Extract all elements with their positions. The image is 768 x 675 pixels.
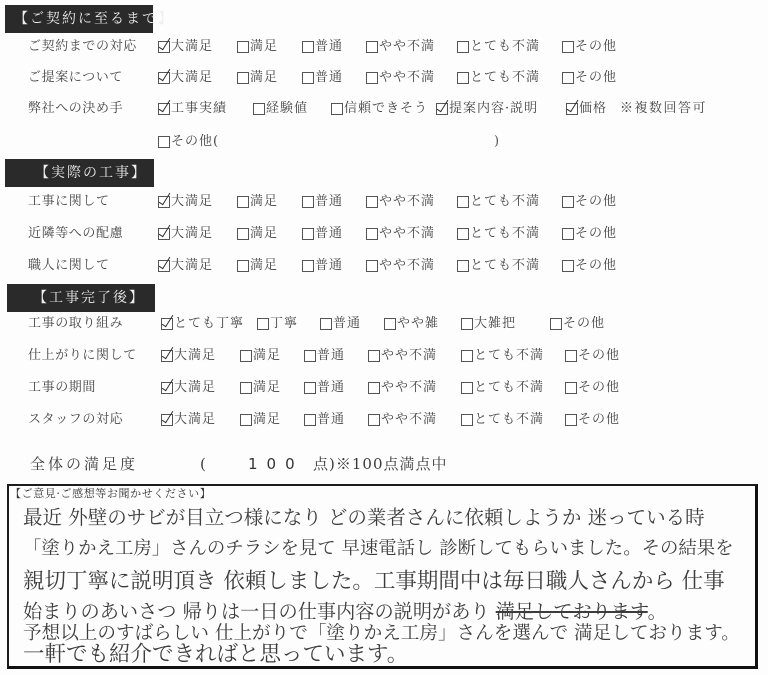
option-label: 経験値 <box>266 101 308 116</box>
checkbox[interactable] <box>461 382 473 394</box>
option-very-dissatisfied[interactable]: とても不満 <box>461 412 544 428</box>
comments-heading: 【ご意見·ご感想等お聞かせください】 <box>10 487 211 500</box>
checkbox[interactable] <box>331 103 343 115</box>
overall-score-suffix: 点)※100点満点中 <box>313 454 447 474</box>
checkbox[interactable] <box>304 414 316 426</box>
option-proposal-explanation[interactable]: 提案内容·説明 <box>436 101 538 117</box>
option-neutral[interactable]: 普通 <box>302 258 343 274</box>
option-label: 満足 <box>250 194 278 209</box>
option-label: 工事実績 <box>171 101 227 116</box>
checkbox[interactable] <box>457 228 469 240</box>
comment-line-4-text: 始まりのあいさつ 帰りは一日の仕事内容の説明があり <box>23 600 496 623</box>
option-label: とても不満 <box>474 348 544 363</box>
option-somewhat-dissatisfied[interactable]: やや不満 <box>366 226 435 242</box>
row-construction-period: 工事の期間 大満足 満足 普通 やや不満 とても不満 その他 <box>0 380 768 396</box>
checkbox[interactable] <box>384 318 396 330</box>
option-label: 大満足 <box>171 226 213 241</box>
option-label: とても丁寧 <box>174 316 244 331</box>
checkbox[interactable] <box>237 196 249 208</box>
option-label: とても不満 <box>474 380 544 395</box>
struck-text: 満足しております <box>496 600 648 623</box>
option-very-satisfied[interactable]: 大満足 <box>158 226 213 242</box>
option-label: 大満足 <box>171 70 213 85</box>
checkbox[interactable] <box>461 350 473 362</box>
checkbox[interactable] <box>562 196 574 208</box>
option-label: とても不満 <box>470 258 540 273</box>
row-label: 工事の取り組み <box>28 316 123 332</box>
option-label: 大満足 <box>174 380 216 395</box>
checkbox[interactable] <box>565 414 577 426</box>
comment-line-4: 始まりのあいさつ 帰りは一日の仕事内容の説明があり 満足しております。 <box>23 600 667 624</box>
option-somewhat-dissatisfied[interactable]: やや不満 <box>368 412 437 428</box>
option-somewhat-dissatisfied[interactable]: やや不満 <box>366 39 435 55</box>
option-very-careful[interactable]: とても丁寧 <box>161 316 244 332</box>
checkbox[interactable] <box>240 382 252 394</box>
section-header-after-completion: 【工事完了後】 <box>7 284 155 312</box>
option-label: やや雑 <box>397 316 439 331</box>
option-label: 提案内容·説明 <box>449 101 538 116</box>
comments-box[interactable]: 【ご意見·ご感想等お聞かせください】 最近 外壁のサビが目立つ様になり どの業者… <box>7 484 758 669</box>
row-neighborhood-consideration: 近隣等への配慮 大満足 満足 普通 やや不満 とても不満 その他 <box>0 226 768 242</box>
row-deciding-factor-other: その他( ) <box>0 134 768 150</box>
option-sloppy[interactable]: 大雑把 <box>461 316 516 332</box>
option-very-satisfied[interactable]: 大満足 <box>161 348 216 364</box>
checkbox[interactable] <box>257 318 269 330</box>
checkbox[interactable] <box>237 228 249 240</box>
option-label: 丁寧 <box>270 316 298 331</box>
overall-label: 全体の満足度 <box>30 454 138 474</box>
option-satisfied[interactable]: 満足 <box>237 226 278 242</box>
section-header-construction: 【実際の工事】 <box>5 159 154 187</box>
option-label: 満足 <box>250 258 278 273</box>
row-craftsmen: 職人に関して 大満足 満足 普通 やや不満 とても不満 その他 <box>0 258 768 274</box>
option-other[interactable]: その他 <box>550 316 605 332</box>
option-other[interactable]: その他 <box>565 412 620 428</box>
checkbox[interactable] <box>366 72 378 84</box>
option-very-dissatisfied[interactable]: とても不満 <box>461 348 544 364</box>
comment-line-2: 「塗りかえ工房」さんのチラシを見て 早速電話し 診断してもらいました。その結果を <box>23 537 734 561</box>
checkbox[interactable] <box>237 72 249 84</box>
comment-line-6: 一軒でも紹介できればと思っています。 <box>23 643 408 667</box>
option-very-satisfied[interactable]: 大満足 <box>158 258 213 274</box>
row-deciding-factor: 弊社への決め手 工事実績 経験値 信頼できそう 提案内容·説明 価格 ※複数回答… <box>0 101 768 117</box>
option-label: 普通 <box>315 226 343 241</box>
option-label: 普通 <box>317 348 345 363</box>
checkbox[interactable] <box>457 196 469 208</box>
checkbox[interactable] <box>565 350 577 362</box>
comment-line-1: 最近 外壁のサビが目立つ様になり どの業者さんに依頼しようか 迷っている時 <box>23 506 705 530</box>
option-label: 満足 <box>250 70 278 85</box>
option-price[interactable]: 価格 <box>566 101 607 117</box>
option-satisfied[interactable]: 満足 <box>237 39 278 55</box>
checkbox[interactable] <box>565 382 577 394</box>
option-satisfied[interactable]: 満足 <box>237 258 278 274</box>
option-other[interactable]: その他( <box>158 134 219 150</box>
option-neutral[interactable]: 普通 <box>302 194 343 210</box>
checkbox[interactable] <box>566 103 578 115</box>
checkbox[interactable] <box>562 72 574 84</box>
checkbox[interactable] <box>320 318 332 330</box>
row-work-attitude: 工事の取り組み とても丁寧 丁寧 普通 やや雑 大雑把 その他 <box>0 316 768 332</box>
option-other[interactable]: その他 <box>562 194 617 210</box>
option-very-dissatisfied[interactable]: とても不満 <box>457 194 540 210</box>
checkbox[interactable] <box>461 414 473 426</box>
option-label: 大満足 <box>171 194 213 209</box>
checkbox[interactable] <box>366 260 378 272</box>
option-other[interactable]: その他 <box>562 39 617 55</box>
option-somewhat-dissatisfied[interactable]: やや不満 <box>368 348 437 364</box>
option-label: とても不満 <box>470 226 540 241</box>
checkbox[interactable] <box>562 228 574 240</box>
checkbox[interactable] <box>366 196 378 208</box>
option-somewhat-dissatisfied[interactable]: やや不満 <box>366 70 435 86</box>
comment-line-3: 親切丁寧に説明頂き 依頼しました。工事期間中は毎日職人さんから 仕事 <box>23 570 725 594</box>
checkbox[interactable] <box>302 260 314 272</box>
checkbox[interactable] <box>457 72 469 84</box>
option-label: 普通 <box>315 70 343 85</box>
option-very-dissatisfied[interactable]: とても不満 <box>457 258 540 274</box>
checkbox[interactable] <box>304 350 316 362</box>
other-close-paren: ) <box>494 134 499 150</box>
option-label: やや不満 <box>379 258 435 273</box>
other-text-field[interactable] <box>230 134 490 150</box>
option-label: その他 <box>575 194 617 209</box>
option-neutral[interactable]: 普通 <box>304 348 345 364</box>
option-very-satisfied[interactable]: 大満足 <box>158 194 213 210</box>
checkbox[interactable] <box>240 414 252 426</box>
option-label: 信頼できそう <box>344 101 428 116</box>
option-label: やや不満 <box>379 39 435 54</box>
option-very-dissatisfied[interactable]: とても不満 <box>457 70 540 86</box>
option-other[interactable]: その他 <box>562 70 617 86</box>
option-very-dissatisfied[interactable]: とても不満 <box>457 226 540 242</box>
option-label: 価格 <box>579 101 607 116</box>
checkbox[interactable] <box>366 41 378 53</box>
checkbox[interactable] <box>368 414 380 426</box>
option-satisfied[interactable]: 満足 <box>237 194 278 210</box>
overall-satisfaction: 全体の満足度 ( 100 点)※100点満点中 <box>0 454 768 474</box>
row-label: 工事の期間 <box>28 380 96 396</box>
option-very-satisfied[interactable]: 大満足 <box>161 412 216 428</box>
option-label: 普通 <box>317 412 345 427</box>
option-label: 普通 <box>333 316 361 331</box>
checkbox[interactable] <box>158 228 170 240</box>
checkbox[interactable] <box>161 382 173 394</box>
option-very-satisfied[interactable]: 大満足 <box>158 70 213 86</box>
option-label: その他( <box>171 134 219 149</box>
option-label: 大満足 <box>171 258 213 273</box>
option-neutral[interactable]: 普通 <box>304 412 345 428</box>
checkbox[interactable] <box>161 318 173 330</box>
option-label: 大満足 <box>171 39 213 54</box>
option-label: 大満足 <box>174 348 216 363</box>
checkbox[interactable] <box>240 350 252 362</box>
option-very-satisfied[interactable]: 大満足 <box>161 380 216 396</box>
option-track-record[interactable]: 工事実績 <box>158 101 227 117</box>
option-very-dissatisfied[interactable]: とても不満 <box>461 380 544 396</box>
option-very-satisfied[interactable]: 大満足 <box>158 39 213 55</box>
section-header-contract: 【ご契約に至るまで】 <box>5 5 153 33</box>
option-satisfied[interactable]: 満足 <box>240 380 281 396</box>
row-label: 職人に関して <box>28 258 110 274</box>
option-label: 満足 <box>250 226 278 241</box>
row-construction: 工事に関して 大満足 満足 普通 やや不満 とても不満 その他 <box>0 194 768 210</box>
option-neutral[interactable]: 普通 <box>302 39 343 55</box>
checkbox[interactable] <box>302 228 314 240</box>
option-label: 満足 <box>253 380 281 395</box>
option-label: その他 <box>578 412 620 427</box>
row-label: ご契約までの対応 <box>28 39 137 55</box>
option-other[interactable]: その他 <box>562 226 617 242</box>
option-satisfied[interactable]: 満足 <box>240 348 281 364</box>
option-neutral[interactable]: 普通 <box>304 380 345 396</box>
option-label: やや不満 <box>381 412 437 427</box>
checkbox[interactable] <box>457 260 469 272</box>
option-label: 満足 <box>250 39 278 54</box>
option-very-dissatisfied[interactable]: とても不満 <box>457 39 540 55</box>
option-label: とても不満 <box>474 412 544 427</box>
checkbox[interactable] <box>368 382 380 394</box>
option-label: 普通 <box>315 39 343 54</box>
checkbox[interactable] <box>302 196 314 208</box>
option-careful[interactable]: 丁寧 <box>257 316 298 332</box>
option-label: 大満足 <box>174 412 216 427</box>
option-other[interactable]: その他 <box>565 348 620 364</box>
option-label: 普通 <box>317 380 345 395</box>
option-neutral[interactable]: 普通 <box>302 226 343 242</box>
checkbox[interactable] <box>461 318 473 330</box>
checkbox[interactable] <box>161 414 173 426</box>
overall-open-paren: ( <box>200 454 206 474</box>
option-label: 大雑把 <box>474 316 516 331</box>
option-label: その他 <box>575 70 617 85</box>
option-somewhat-dissatisfied[interactable]: やや不満 <box>366 194 435 210</box>
row-label: 弊社への決め手 <box>28 101 123 117</box>
option-label: 満足 <box>253 348 281 363</box>
checkbox[interactable] <box>302 41 314 53</box>
option-neutral[interactable]: 普通 <box>302 70 343 86</box>
checkbox[interactable] <box>237 41 249 53</box>
option-label: その他 <box>575 39 617 54</box>
checkbox[interactable] <box>158 136 170 148</box>
option-label: とても不満 <box>470 194 540 209</box>
option-label: とても不満 <box>470 39 540 54</box>
row-staff-response: スタッフの対応 大満足 満足 普通 やや不満 とても不満 その他 <box>0 412 768 428</box>
option-label: やや不満 <box>381 380 437 395</box>
option-somewhat-sloppy[interactable]: やや雑 <box>384 316 439 332</box>
comment-line-4-end: 。 <box>648 600 667 623</box>
option-label: その他 <box>575 226 617 241</box>
option-somewhat-dissatisfied[interactable]: やや不満 <box>368 380 437 396</box>
row-finish-quality: 仕上がりに関して 大満足 満足 普通 やや不満 とても不満 その他 <box>0 348 768 364</box>
overall-score-field[interactable]: 100 <box>248 454 304 474</box>
multiple-answers-note: ※複数回答可 <box>620 101 707 117</box>
checkbox[interactable] <box>302 72 314 84</box>
option-label: その他 <box>575 258 617 273</box>
row-label: 工事に関して <box>28 194 110 210</box>
option-label: その他 <box>578 380 620 395</box>
checkbox[interactable] <box>366 228 378 240</box>
option-label: やや不満 <box>381 348 437 363</box>
option-experience[interactable]: 経験値 <box>253 101 308 117</box>
checkbox[interactable] <box>304 382 316 394</box>
row-label: 仕上がりに関して <box>28 348 137 364</box>
option-label: やや不満 <box>379 70 435 85</box>
option-somewhat-dissatisfied[interactable]: やや不満 <box>366 258 435 274</box>
checkbox[interactable] <box>158 41 170 53</box>
row-label: ご提案について <box>28 70 123 86</box>
option-label: 普通 <box>315 258 343 273</box>
checkbox[interactable] <box>158 196 170 208</box>
checkbox[interactable] <box>158 72 170 84</box>
option-other[interactable]: その他 <box>562 258 617 274</box>
checkbox[interactable] <box>550 318 562 330</box>
row-contract-response: ご契約までの対応 大満足 満足 普通 やや不満 とても不満 その他 <box>0 39 768 55</box>
checkbox[interactable] <box>457 41 469 53</box>
checkbox[interactable] <box>158 260 170 272</box>
option-other[interactable]: その他 <box>565 380 620 396</box>
option-label: その他 <box>578 348 620 363</box>
option-trustworthy[interactable]: 信頼できそう <box>331 101 428 117</box>
option-label: とても不満 <box>470 70 540 85</box>
row-label: 近隣等への配慮 <box>28 226 123 242</box>
checkbox[interactable] <box>436 103 448 115</box>
option-label: 普通 <box>315 194 343 209</box>
option-label: やや不満 <box>379 226 435 241</box>
checkbox[interactable] <box>562 260 574 272</box>
checkbox[interactable] <box>158 103 170 115</box>
checkbox[interactable] <box>237 260 249 272</box>
checkbox[interactable] <box>161 350 173 362</box>
checkbox[interactable] <box>253 103 265 115</box>
option-label: その他 <box>563 316 605 331</box>
row-proposal: ご提案について 大満足 満足 普通 やや不満 とても不満 その他 <box>0 70 768 86</box>
option-satisfied[interactable]: 満足 <box>240 412 281 428</box>
option-label: やや不満 <box>379 194 435 209</box>
checkbox[interactable] <box>368 350 380 362</box>
row-label: スタッフの対応 <box>28 412 123 428</box>
option-label: 満足 <box>253 412 281 427</box>
option-satisfied[interactable]: 満足 <box>237 70 278 86</box>
checkbox[interactable] <box>562 41 574 53</box>
option-neutral[interactable]: 普通 <box>320 316 361 332</box>
